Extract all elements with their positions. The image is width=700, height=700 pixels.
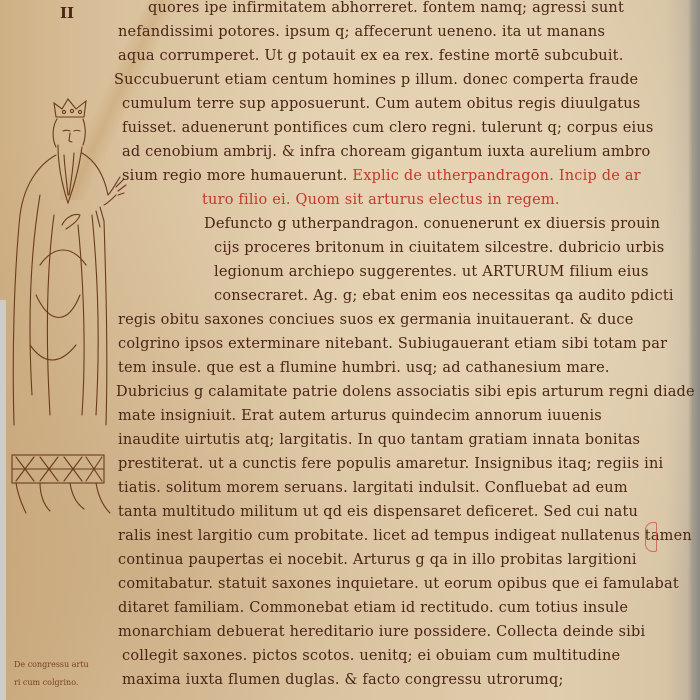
manuscript-line: prestiterat. ut a cunctis fere populis a… [118, 456, 663, 472]
manuscript-line: Defuncto g utherpandragon. conuenerunt e… [204, 216, 660, 232]
marginal-note-line2: ri cum colgrino. [14, 678, 78, 687]
red-bracket-mark [645, 522, 657, 552]
rubric-text: Explic de utherpandragon. Incip de ar [348, 168, 641, 184]
manuscript-line: quores ipe infirmitatem abhorreret. font… [148, 0, 624, 16]
manuscript-text: quores ipe infirmitatem abhorreret. font… [0, 0, 700, 700]
manuscript-line: collegit saxones. pictos scotos. uenitq;… [122, 648, 620, 664]
manuscript-line: nefandissimi potores. ipsum q; affecerun… [118, 24, 605, 40]
manuscript-line: tiatis. solitum morem seruans. largitati… [118, 480, 628, 496]
manuscript-line: consecraret. Ag. g; ebat enim eos necess… [214, 288, 674, 304]
manuscript-line: legionum archiepo suggerentes. ut ARTURU… [214, 264, 649, 280]
manuscript-line: ralis inest largitio cum probitate. lice… [118, 528, 692, 544]
manuscript-line: ad cenobium ambrij. & infra choream giga… [122, 144, 650, 160]
manuscript-line: Dubricius g calamitate patrie dolens ass… [116, 384, 695, 400]
manuscript-line: sium regio more humauerunt. Explic de ut… [122, 168, 641, 184]
manuscript-line: colgrino ipsos exterminare nitebant. Sub… [118, 336, 667, 352]
manuscript-line: fuisset. aduenerunt pontifices cum clero… [122, 120, 654, 136]
manuscript-line: comitabatur. statuit saxones inquietare.… [118, 576, 679, 592]
manuscript-line: Succubuerunt etiam centum homines p illu… [114, 72, 638, 88]
marginal-note-line1: De congressu artu [14, 660, 89, 669]
manuscript-line: cumulum terre sup apposuerunt. Cum autem… [122, 96, 640, 112]
manuscript-line: regis obitu saxones conciues suos ex ger… [118, 312, 633, 328]
manuscript-line: cijs proceres britonum in ciuitatem silc… [214, 240, 664, 256]
manuscript-line: inaudite uirtutis atq; largitatis. In qu… [118, 432, 640, 448]
manuscript-line: tem insule. que est a flumine humbri. us… [118, 360, 610, 376]
manuscript-line: tanta multitudo militum ut qd eis dispen… [118, 504, 638, 520]
manuscript-line: turo filio ei. Quom sit arturus electus … [202, 192, 560, 208]
manuscript-line: maxima iuxta flumen duglas. & facto cong… [122, 672, 564, 688]
manuscript-line: aqua corrumperet. Ut g potauit ex ea rex… [118, 48, 624, 64]
manuscript-line: ditaret familiam. Commonebat etiam id re… [118, 600, 628, 616]
rubric-text: turo filio ei. Quom sit arturus electus … [202, 192, 560, 208]
manuscript-line: monarchiam debuerat hereditario iure pos… [118, 624, 645, 640]
manuscript-line: continua paupertas ei nocebit. Arturus g… [118, 552, 637, 568]
manuscript-line: mate insigniuit. Erat autem arturus quin… [118, 408, 602, 424]
